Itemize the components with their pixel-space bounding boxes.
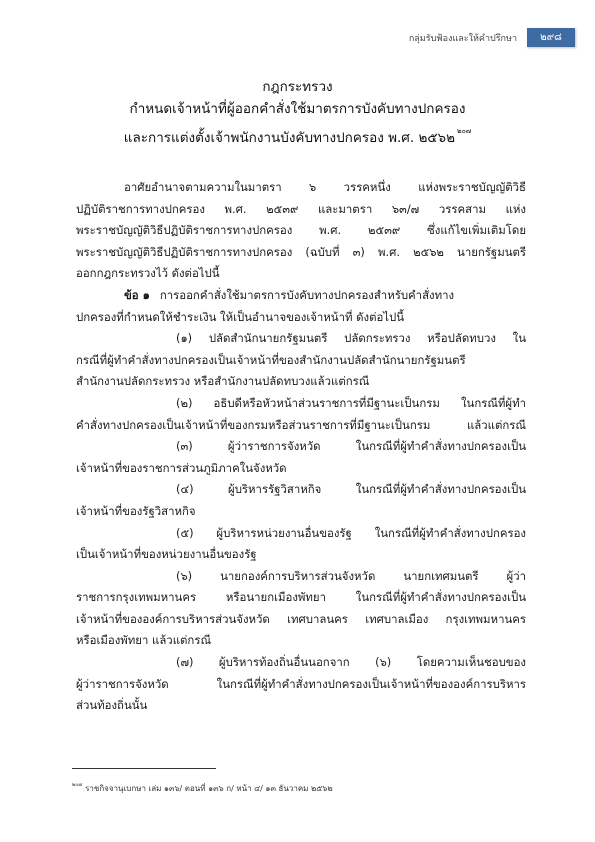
item-7-line: (๗) ผู้บริหารท้องถิ่นอื่นนอกจาก (๖) โดยค… — [76, 652, 526, 674]
preamble-line: พระราชบัญญัติวิธีปฏิบัติราชการทางปกครอง … — [76, 242, 526, 264]
item-2-line: (๒) อธิบดีหรือหัวหน้าส่วนราชการที่มีฐานะ… — [76, 393, 526, 415]
footnote-text: ราชกิจจานุเบกษา เล่ม ๑๓๖/ ตอนที่ ๑๓๖ ก/ … — [85, 784, 333, 793]
title-line-2: กำหนดเจ้าหน้าที่ผู้ออกคำสั่งใช้มาตรการบั… — [0, 98, 595, 120]
title-line-3-text: และการแต่งตั้งเจ้าพนักงานบังคับทางปกครอง… — [124, 130, 455, 146]
page-header: กลุ่มรับฟ้องและให้คำปรึกษา ๒๙๘ — [409, 28, 575, 47]
clause-1-line: ปกครองที่กำหนดให้ชำระเงิน ให้เป็นอำนาจขอ… — [76, 307, 526, 329]
footnote-divider — [72, 768, 216, 769]
footnote-reference[interactable]: ๒๐๗ — [457, 127, 471, 135]
item-7-line: ผู้ว่าราชการจังหวัด ในกรณีที่ผู้ทำคำสั่ง… — [76, 674, 526, 696]
title-line-3: และการแต่งตั้งเจ้าพนักงานบังคับทางปกครอง… — [0, 120, 595, 149]
item-6-line: ราชการกรุงเทพมหานคร หรือนายกเมืองพัทยา ใ… — [76, 587, 526, 609]
clause-1-text: การออกคำสั่งใช้มาตรการบังคับทางปกครองสำห… — [160, 285, 526, 307]
item-6-line: (๖) นายกองค์การบริหารส่วนจังหวัด นายกเทศ… — [76, 566, 526, 588]
item-4-line: (๔) ผู้บริหารรัฐวิสาหกิจ ในกรณีที่ผู้ทำค… — [76, 479, 526, 501]
preamble-line: ปฏิบัติราชการทางปกครอง พ.ศ. ๒๕๓๙ และมาตร… — [76, 199, 526, 221]
item-6-line: หรือเมืองพัทยา แล้วแต่กรณี — [76, 630, 526, 652]
footnote: ๒๐๗ราชกิจจานุเบกษา เล่ม ๑๓๖/ ตอนที่ ๑๓๖ … — [72, 781, 333, 795]
page-number-badge: ๒๙๘ — [527, 28, 575, 47]
item-4-line: เจ้าหน้าที่ของรัฐวิสาหกิจ — [76, 501, 526, 523]
clause-1-label: ข้อ ๑ — [124, 285, 150, 307]
item-7-line: ส่วนท้องถิ่นนั้น — [76, 695, 526, 717]
preamble-line: อาศัยอำนาจตามความในมาตรา ๖ วรรคหนึ่ง แห่… — [76, 177, 526, 199]
item-2-line: คำสั่งทางปกครองเป็นเจ้าหน้าที่ของกรมหรือ… — [76, 415, 526, 437]
item-1-line: (๑) ปลัดสำนักนายกรัฐมนตรี ปลัดกระทรวง หร… — [76, 328, 526, 350]
document-body: อาศัยอำนาจตามความในมาตรา ๖ วรรคหนึ่ง แห่… — [76, 177, 526, 717]
item-5-line: (๕) ผู้บริหารหน่วยงานอื่นของรัฐ ในกรณีที… — [76, 523, 526, 545]
item-6-line: เจ้าหน้าที่ขององค์การบริหารส่วนจังหวัด เ… — [76, 609, 526, 631]
preamble-line: พระราชบัญญัติวิธีปฏิบัติราชการทางปกครอง … — [76, 220, 526, 242]
item-3-line: (๓) ผู้ว่าราชการจังหวัด ในกรณีที่ผู้ทำคำ… — [76, 436, 526, 458]
item-1-line: สำนักงานปลัดกระทรวง หรือสำนักงานปลัดทบวง… — [76, 371, 526, 393]
document-title: กฎกระทรวง กำหนดเจ้าหน้าที่ผู้ออกคำสั่งใช… — [0, 76, 595, 149]
item-5-line: เป็นเจ้าหน้าที่ของหน่วยงานอื่นของรัฐ — [76, 544, 526, 566]
title-line-1: กฎกระทรวง — [0, 76, 595, 98]
preamble-line: ออกกฎกระทรวงไว้ ดังต่อไปนี้ — [76, 263, 526, 285]
item-1-line: กรณีที่ผู้ทำคำสั่งทางปกครองเป็นเจ้าหน้าท… — [76, 350, 526, 372]
clause-1-line: ข้อ ๑การออกคำสั่งใช้มาตรการบังคับทางปกคร… — [76, 285, 526, 307]
footnote-number: ๒๐๗ — [72, 782, 82, 788]
item-3-line: เจ้าหน้าที่ของราชการส่วนภูมิภาคในจังหวัด — [76, 458, 526, 480]
section-label: กลุ่มรับฟ้องและให้คำปรึกษา — [409, 31, 517, 45]
